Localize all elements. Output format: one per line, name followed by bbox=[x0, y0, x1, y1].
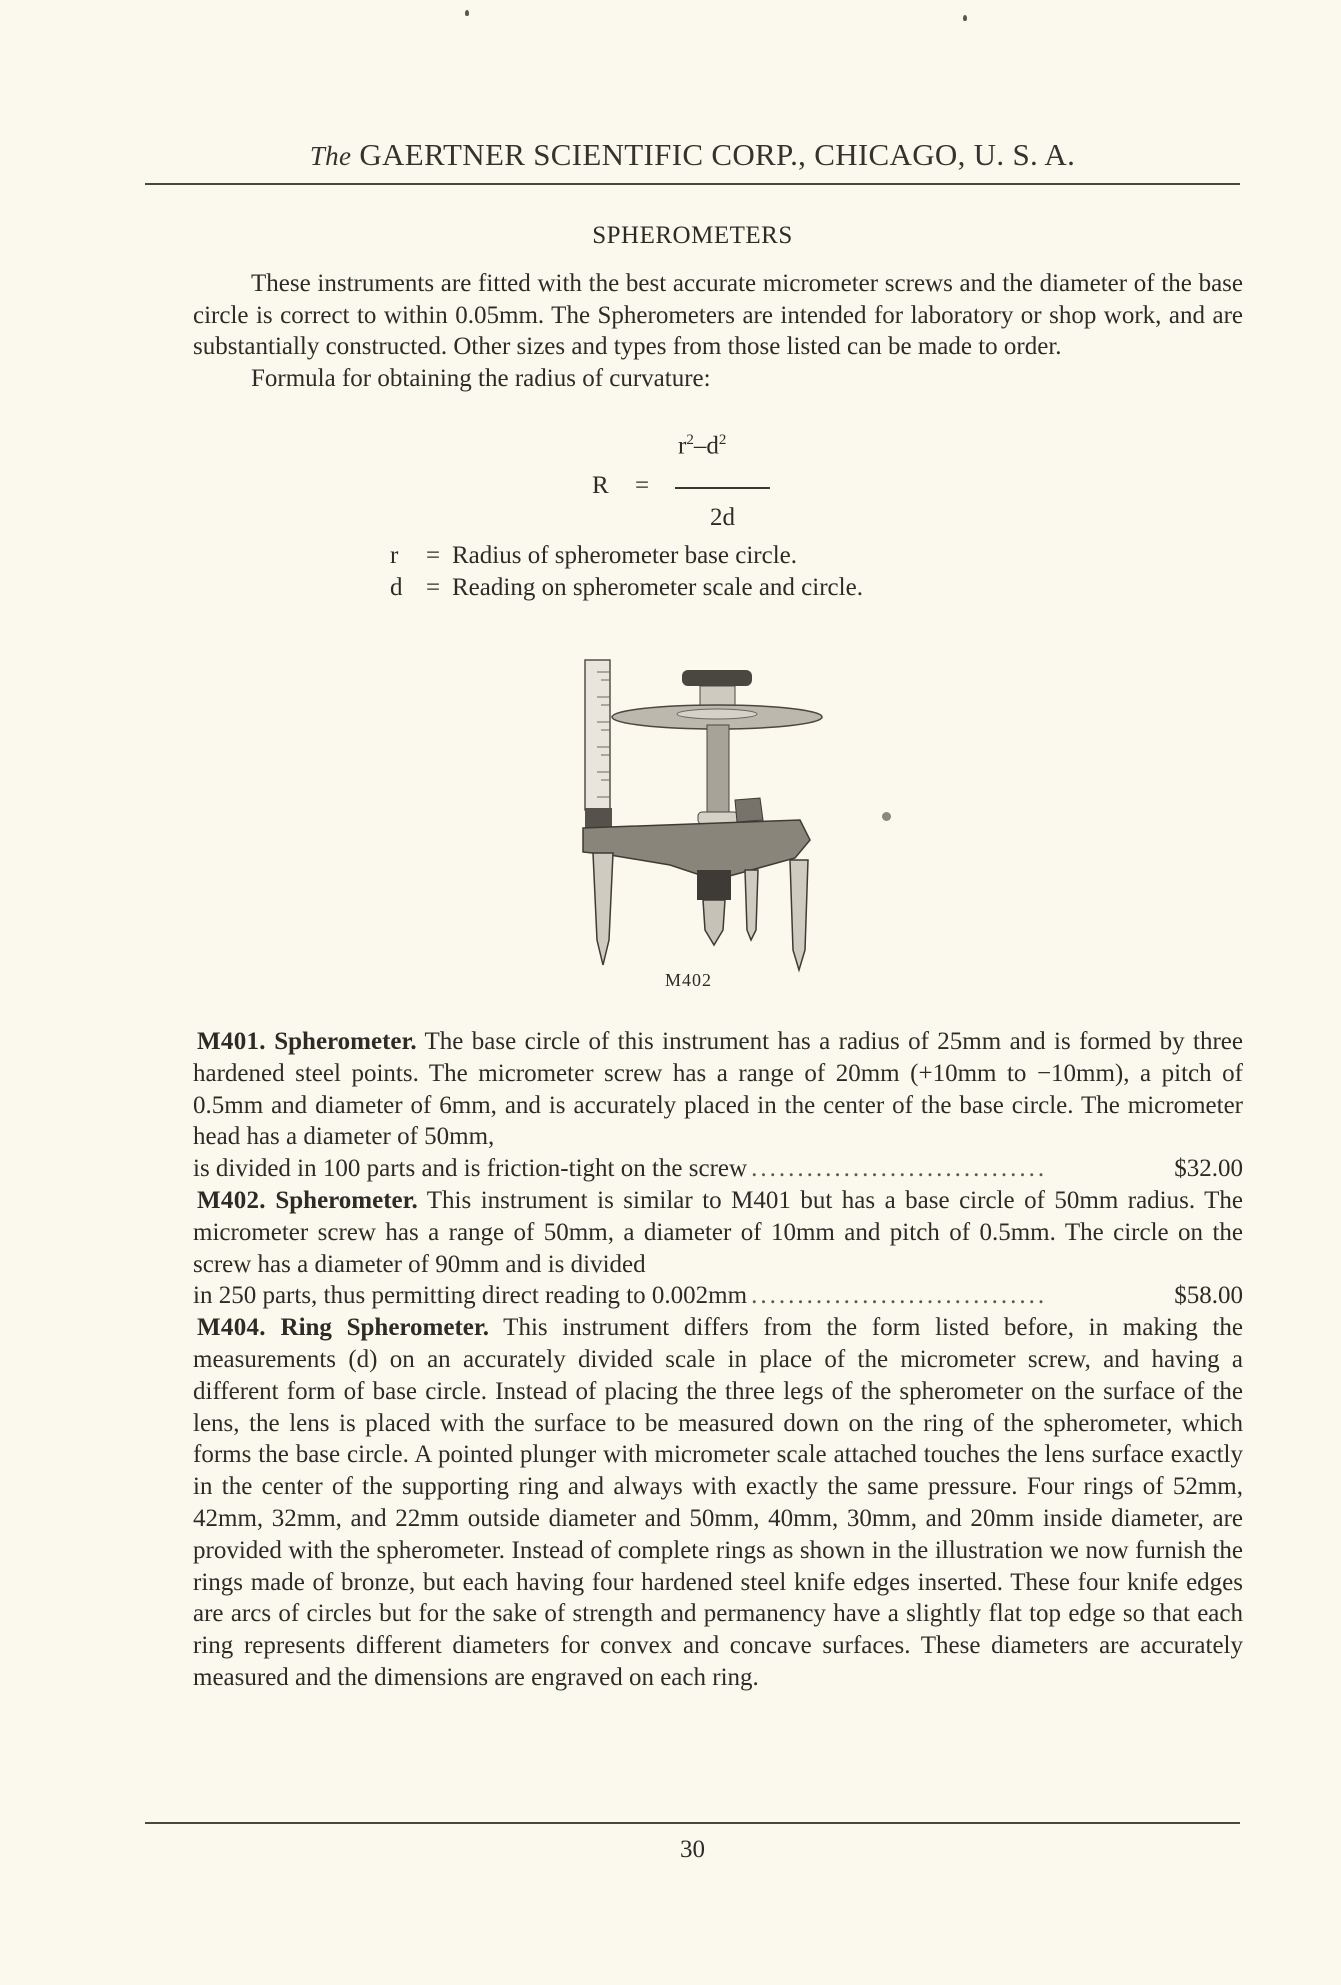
header-the: The bbox=[310, 141, 351, 171]
product-price: $32.00 bbox=[1174, 1153, 1243, 1185]
header-company: GAERTNER SCIENTIFIC CORP., CHICAGO, U. S… bbox=[359, 137, 1075, 172]
page-number: 30 bbox=[145, 1836, 1240, 1864]
intro-section: These instruments are fitted with the be… bbox=[193, 268, 1243, 394]
scan-mark bbox=[882, 812, 891, 821]
catalog-page: The GAERTNER SCIENTIFIC CORP., CHICAGO, … bbox=[0, 0, 1341, 1985]
product-item-m404: M404. Ring Spherometer. This instrument … bbox=[193, 1312, 1243, 1694]
intro-paragraph: These instruments are fitted with the be… bbox=[193, 268, 1243, 363]
product-description: M402. Spherometer. This instrument is si… bbox=[193, 1185, 1243, 1280]
formula-lhs: R bbox=[592, 472, 609, 500]
formula-equals: = bbox=[635, 472, 649, 500]
running-header: The GAERTNER SCIENTIFIC CORP., CHICAGO, … bbox=[145, 137, 1240, 173]
header-rule bbox=[145, 183, 1240, 185]
product-text-end: in 250 parts, thus permitting direct rea… bbox=[193, 1280, 747, 1312]
radius-formula: r2–d2 R = 2d bbox=[560, 432, 820, 542]
definition-text: Radius of spherometer base circle. bbox=[452, 540, 797, 572]
formula-minus-d: –d bbox=[694, 432, 719, 459]
product-code: M402. bbox=[197, 1187, 266, 1214]
section-title: SPHEROMETERS bbox=[145, 222, 1240, 250]
product-text: This instrument differs from the form li… bbox=[193, 1314, 1243, 1691]
figure-caption: M402 bbox=[665, 970, 712, 991]
dot-leader: ................................ bbox=[751, 1153, 1170, 1185]
definition-equals: = bbox=[414, 540, 452, 572]
product-item-m401: M401. Spherometer. The base circle of th… bbox=[193, 1026, 1243, 1185]
definition-symbol: d bbox=[390, 572, 414, 604]
footer-rule bbox=[145, 1822, 1240, 1824]
price-line: is divided in 100 parts and is friction-… bbox=[193, 1153, 1243, 1185]
formula-numerator: r2–d2 bbox=[678, 432, 726, 460]
product-item-m402: M402. Spherometer. This instrument is si… bbox=[193, 1185, 1243, 1312]
product-text-end: is divided in 100 parts and is friction-… bbox=[193, 1153, 747, 1185]
price-line: in 250 parts, thus permitting direct rea… bbox=[193, 1280, 1243, 1312]
scan-speck bbox=[963, 15, 967, 21]
definition-row: r = Radius of spherometer base circle. bbox=[390, 540, 863, 572]
product-name: Spherometer. bbox=[274, 1028, 416, 1055]
product-code: M404. bbox=[197, 1314, 266, 1341]
spherometer-illustration-icon bbox=[565, 640, 905, 980]
product-name: Spherometer. bbox=[275, 1187, 417, 1214]
definition-row: d = Reading on spherometer scale and cir… bbox=[390, 572, 863, 604]
formula-label: Formula for obtaining the radius of curv… bbox=[193, 363, 1243, 395]
fraction-bar bbox=[675, 487, 770, 489]
definition-symbol: r bbox=[390, 540, 414, 572]
scan-speck bbox=[465, 10, 469, 16]
definition-equals: = bbox=[414, 572, 452, 604]
product-list: M401. Spherometer. The base circle of th… bbox=[193, 1026, 1243, 1694]
formula-exponent: 2 bbox=[686, 432, 694, 448]
product-name: Ring Spherometer. bbox=[281, 1314, 489, 1341]
dot-leader: ................................ bbox=[751, 1280, 1170, 1312]
formula-definitions: r = Radius of spherometer base circle. d… bbox=[390, 540, 863, 604]
formula-denominator: 2d bbox=[710, 504, 735, 532]
product-price: $58.00 bbox=[1174, 1280, 1243, 1312]
definition-text: Reading on spherometer scale and circle. bbox=[452, 572, 863, 604]
product-description: M404. Ring Spherometer. This instrument … bbox=[193, 1312, 1243, 1694]
product-description: M401. Spherometer. The base circle of th… bbox=[193, 1026, 1243, 1153]
product-code: M401. bbox=[197, 1028, 266, 1055]
formula-exponent: 2 bbox=[719, 432, 727, 448]
